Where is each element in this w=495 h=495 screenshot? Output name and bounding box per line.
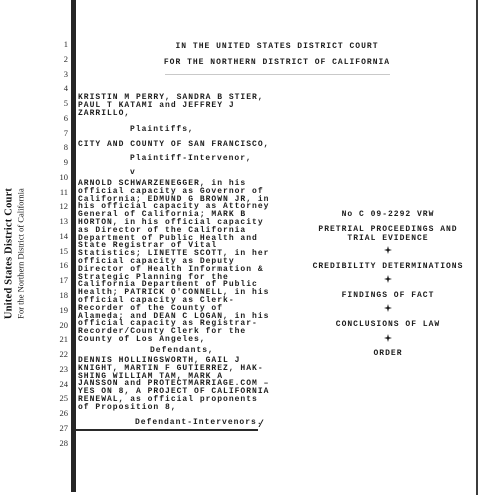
header-court-line1: IN THE UNITED STATES DISTRICT COURT bbox=[77, 42, 477, 51]
line-number: 19 bbox=[40, 306, 68, 321]
line-number: 6 bbox=[40, 114, 68, 129]
line-number: 4 bbox=[40, 84, 68, 99]
line-number: 20 bbox=[40, 321, 68, 336]
line-number: 1 bbox=[40, 40, 68, 55]
line-number: 24 bbox=[40, 380, 68, 395]
court-margin-label: United States District Court For the Nor… bbox=[4, 159, 31, 349]
court-district: For the Northern District of California bbox=[16, 159, 26, 349]
caption-line: of Proposition 8, bbox=[78, 404, 308, 412]
line-number: 10 bbox=[40, 173, 68, 188]
caption-closing-rule bbox=[76, 429, 258, 431]
caption-defendant-intervenors-role: Defendant-Intervenors. bbox=[135, 418, 263, 427]
line-number: 22 bbox=[40, 350, 68, 365]
line-number: 21 bbox=[40, 335, 68, 350]
caption-line: ZARRILLO, bbox=[78, 110, 308, 118]
line-number: 18 bbox=[40, 291, 68, 306]
caption-plaintiffs-role: Plaintiffs, bbox=[130, 125, 194, 134]
line-number: 14 bbox=[40, 232, 68, 247]
line-number: 12 bbox=[40, 202, 68, 217]
caption-plaintiffs: KRISTIN M PERRY, SANDRA B STIER,PAUL T K… bbox=[78, 94, 308, 117]
line-number: 16 bbox=[40, 261, 68, 276]
line-number: 27 bbox=[40, 424, 68, 439]
line-number: 26 bbox=[40, 409, 68, 424]
line-number: 17 bbox=[40, 276, 68, 291]
star-separator-icon bbox=[384, 275, 392, 283]
case-number: No C 09-2292 VRW bbox=[300, 210, 476, 219]
line-number: 13 bbox=[40, 217, 68, 232]
left-margin-rule bbox=[71, 0, 76, 492]
line-number: 2 bbox=[40, 55, 68, 70]
line-number: 23 bbox=[40, 365, 68, 380]
court-document-page: { "sidebar": { "court_name": "United Sta… bbox=[0, 0, 495, 495]
caption-intervenor-party: CITY AND COUNTY OF SAN FRANCISCO, bbox=[78, 140, 269, 149]
caption-versus: v bbox=[130, 168, 136, 177]
star-separator-icon bbox=[384, 246, 392, 254]
document-title-line: TRIAL EVIDENCE bbox=[300, 234, 476, 243]
caption-intervenor-role: Plaintiff-Intervenor, bbox=[130, 154, 252, 163]
document-title-line: PRETRIAL PROCEEDINGS AND bbox=[300, 225, 476, 234]
header-court-line2: FOR THE NORTHERN DISTRICT OF CALIFORNIA bbox=[77, 58, 477, 67]
line-number: 25 bbox=[40, 394, 68, 409]
header-underline bbox=[165, 74, 390, 75]
document-title: PRETRIAL PROCEEDINGS ANDTRIAL EVIDENCE bbox=[300, 225, 476, 243]
item-conclusions-of-law: CONCLUSIONS OF LAW bbox=[300, 320, 476, 329]
item-order: ORDER bbox=[300, 349, 476, 358]
pleading-line-numbers: 1234567891011121314151617181920212223242… bbox=[40, 40, 68, 453]
line-number: 9 bbox=[40, 158, 68, 173]
line-number: 28 bbox=[40, 439, 68, 454]
line-number: 8 bbox=[40, 143, 68, 158]
line-number: 3 bbox=[40, 70, 68, 85]
caption-defendant-intervenors: DENNIS HOLLINGSWORTH, GAIL JKNIGHT, MART… bbox=[78, 357, 308, 412]
line-number: 11 bbox=[40, 188, 68, 203]
star-separator-icon bbox=[384, 304, 392, 312]
star-separator-icon bbox=[384, 334, 392, 342]
right-margin-rule bbox=[476, 0, 478, 495]
line-number: 5 bbox=[40, 99, 68, 114]
caption-defendants-role: Defendants, bbox=[150, 346, 214, 355]
line-number: 7 bbox=[40, 129, 68, 144]
caption-closing-slash: / bbox=[258, 420, 265, 431]
caption-line: County of Los Angeles, bbox=[78, 336, 308, 344]
caption-defendants: ARNOLD SCHWARZENEGGER, in hisofficial ca… bbox=[78, 180, 308, 344]
line-number: 15 bbox=[40, 247, 68, 262]
item-credibility-determinations: CREDIBILITY DETERMINATIONS bbox=[300, 262, 476, 271]
item-findings-of-fact: FINDINGS OF FACT bbox=[300, 291, 476, 300]
court-name: United States District Court bbox=[4, 159, 16, 349]
